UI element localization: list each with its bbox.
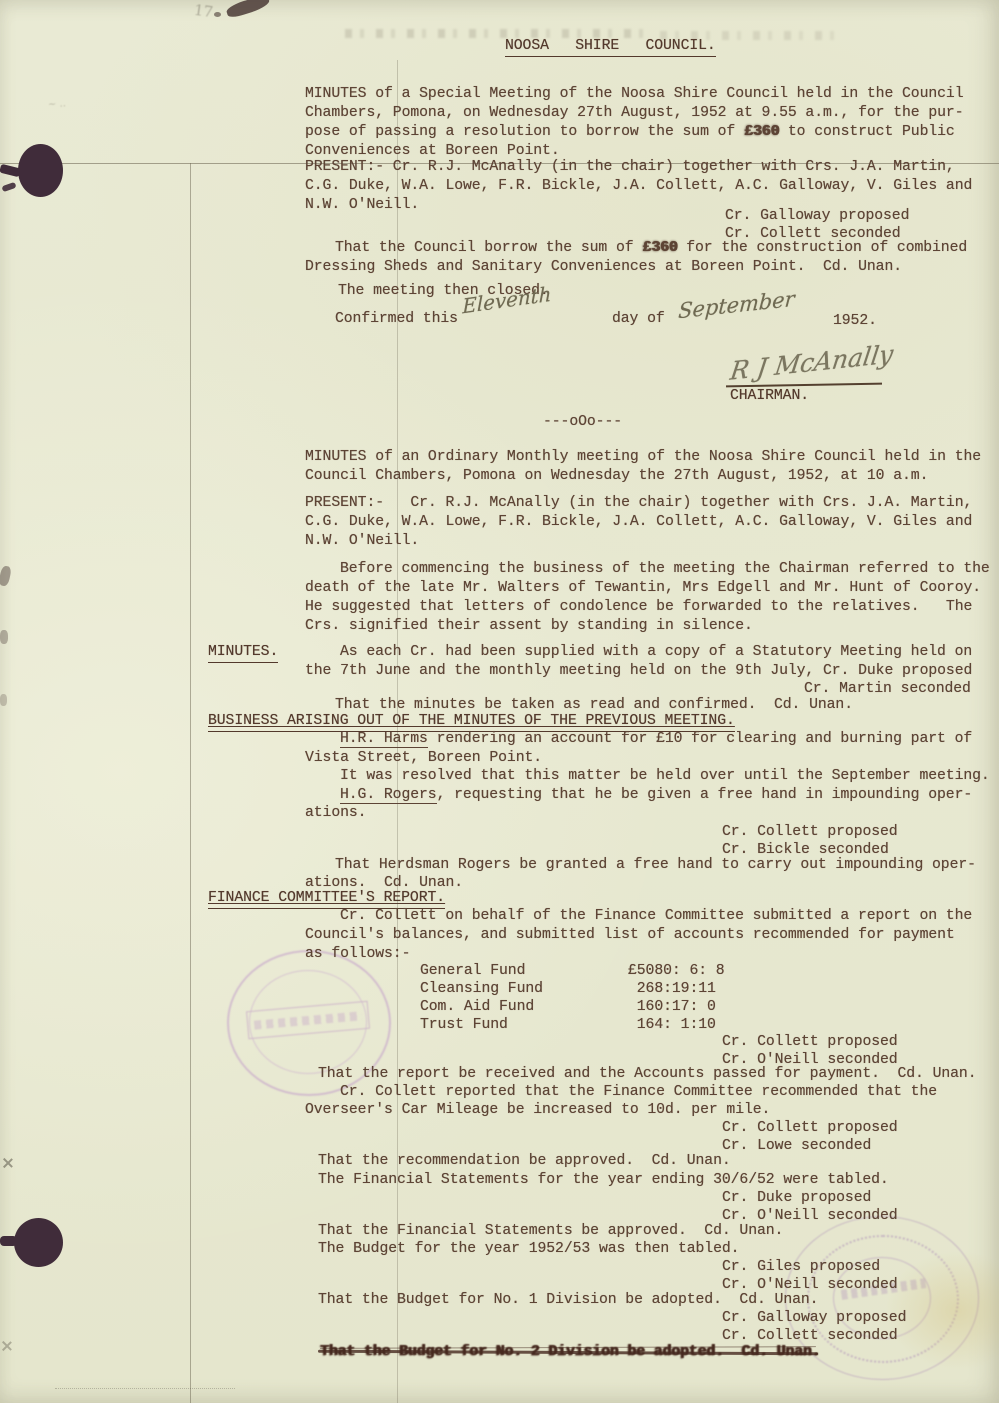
- overstruck-amount: £360: [642, 240, 677, 256]
- text-line: The Financial Statements for the year en…: [318, 1171, 889, 1190]
- underlined-name: H.R. Harms: [340, 731, 428, 748]
- text-line: That the report be received and the Acco…: [318, 1065, 976, 1084]
- fund-name: Com. Aid Fund: [420, 998, 534, 1017]
- scanned-minutes-page: 17 ~ .. NOOSA SHIRE COUNCIL. MINUTES of …: [0, 0, 999, 1403]
- text-line: That the recommendation be approved. Cd.…: [318, 1152, 731, 1171]
- ink-blot-top: [18, 144, 63, 197]
- text-line: Cr. Collett reported that the Finance Co…: [340, 1083, 937, 1102]
- ink-blot-bottom: [14, 1218, 63, 1267]
- section-heading-finance-report: FINANCE COMMITTEE'S REPORT.: [208, 889, 445, 909]
- ink-smear: [225, 0, 271, 19]
- text-line: The Budget for the year 1952/53 was then…: [318, 1240, 739, 1259]
- fund-amount: £5080: 6: 8: [628, 962, 725, 981]
- text-line: Council Chambers, Pomona on Wednesday th…: [305, 467, 928, 486]
- text-line: That the Financial Statements be approve…: [318, 1222, 783, 1241]
- proposed-line: Cr. Collett proposed: [722, 823, 898, 842]
- text-line: That Herdsman Rogers be granted a free h…: [335, 856, 976, 875]
- text-line: H.G. Rogers, requesting that he be given…: [340, 786, 972, 805]
- text-line: As each Cr. had been supplied with a cop…: [340, 643, 972, 662]
- pencil-x-mark: [1, 1340, 12, 1351]
- text-line: Council's balances, and submitted list o…: [305, 926, 955, 945]
- proposed-line: Cr. Collett proposed: [722, 1033, 898, 1052]
- text-line: Confirmed this: [335, 310, 458, 329]
- text-line: Before commencing the business of the me…: [340, 560, 990, 579]
- text-line: Cr. Collett on behalf of the Finance Com…: [340, 907, 972, 926]
- text-line: Chambers, Pomona, on Wednesday 27th Augu…: [305, 104, 963, 123]
- fund-name: Cleansing Fund: [420, 980, 543, 999]
- text-line: Vista Street, Boreen Point.: [305, 749, 542, 768]
- text-line: N.W. O'Neill.: [305, 532, 419, 551]
- ink-speck: [214, 12, 221, 17]
- text-line: pose of passing a resolution to borrow t…: [305, 123, 955, 142]
- ink-blot-tail: [0, 1236, 17, 1246]
- edge-smudge: [0, 630, 8, 644]
- text-line: Crs. signified their assent by standing …: [305, 617, 753, 636]
- proposed-line: Cr. Galloway proposed: [725, 207, 909, 226]
- ink-blot-tail: [1, 182, 16, 192]
- text-line: MINUTES of a Special Meeting of the Noos…: [305, 85, 963, 104]
- edge-smudge: [0, 565, 12, 587]
- pencil-x-mark: [2, 1157, 13, 1168]
- text-line: That the Budget for No. 1 Division be ad…: [318, 1291, 818, 1310]
- overstruck-amount: £360: [744, 124, 779, 140]
- seconded-line: Cr. Lowe seconded: [722, 1137, 871, 1156]
- text-line-present: PRESENT:- Cr. R.J. McAnally (in the chai…: [305, 158, 955, 177]
- pencil-scribble: ~ ..: [48, 98, 67, 110]
- text-line: That the Council borrow the sum of £360 …: [335, 239, 967, 258]
- pencil-squiggle: [55, 1388, 235, 1389]
- proposed-line: Cr. Galloway proposed: [722, 1309, 906, 1328]
- text-line: death of the late Mr. Walters of Tewanti…: [305, 579, 981, 598]
- text-line: ations.: [305, 804, 366, 823]
- chairman-signature: R J McAnally: [728, 339, 895, 386]
- text-line: He suggested that letters of condolence …: [305, 598, 972, 617]
- handwritten-month: September: [677, 287, 795, 324]
- pencil-mark: 17: [193, 1, 214, 21]
- text-line: MINUTES of an Ordinary Monthly meeting o…: [305, 448, 981, 467]
- text-line: 1952.: [833, 312, 877, 331]
- text-line: as follows:-: [305, 945, 410, 964]
- edge-smudge: [0, 694, 7, 706]
- text-line: C.G. Duke, W.A. Lowe, F.R. Bickle, J.A. …: [305, 513, 972, 532]
- proposed-line: Cr. Giles proposed: [722, 1258, 880, 1277]
- text-line: Overseer's Car Mileage be increased to 1…: [305, 1101, 770, 1120]
- underlined-name: H.G. Rogers: [340, 787, 437, 804]
- text-line: It was resolved that this matter be held…: [340, 767, 990, 786]
- text-line: CHAIRMAN.: [730, 387, 809, 406]
- page-title: NOOSA SHIRE COUNCIL.: [505, 37, 716, 57]
- margin-heading-minutes: MINUTES.: [208, 643, 278, 663]
- section-separator: ---oOo---: [543, 413, 622, 432]
- text-line-present: PRESENT:- Cr. R.J. McAnally (in the chai…: [305, 494, 972, 513]
- text-line: the 7th June and the monthly meeting hel…: [305, 662, 972, 681]
- fund-name: General Fund: [420, 962, 525, 981]
- proposed-line: Cr. Duke proposed: [722, 1189, 871, 1208]
- text-line: N.W. O'Neill.: [305, 196, 419, 215]
- fund-amount: 160:17: 0: [628, 998, 716, 1017]
- fund-amount: 268:19:11: [628, 980, 716, 999]
- text-line: H.R. Harms rendering an account for £10 …: [340, 730, 972, 749]
- vertical-fold-line-left: [190, 163, 191, 1403]
- fund-amount: 164: 1:10: [628, 1016, 716, 1035]
- text-line: day of: [612, 310, 665, 329]
- section-heading-business-arising: BUSINESS ARISING OUT OF THE MINUTES OF T…: [208, 712, 735, 732]
- text-line: Dressing Sheds and Sanitary Conveniences…: [305, 258, 902, 277]
- fund-name: Trust Fund: [420, 1016, 508, 1035]
- text-line: C.G. Duke, W.A. Lowe, F.R. Bickle, J.A. …: [305, 177, 972, 196]
- proposed-line: Cr. Collett proposed: [722, 1119, 898, 1138]
